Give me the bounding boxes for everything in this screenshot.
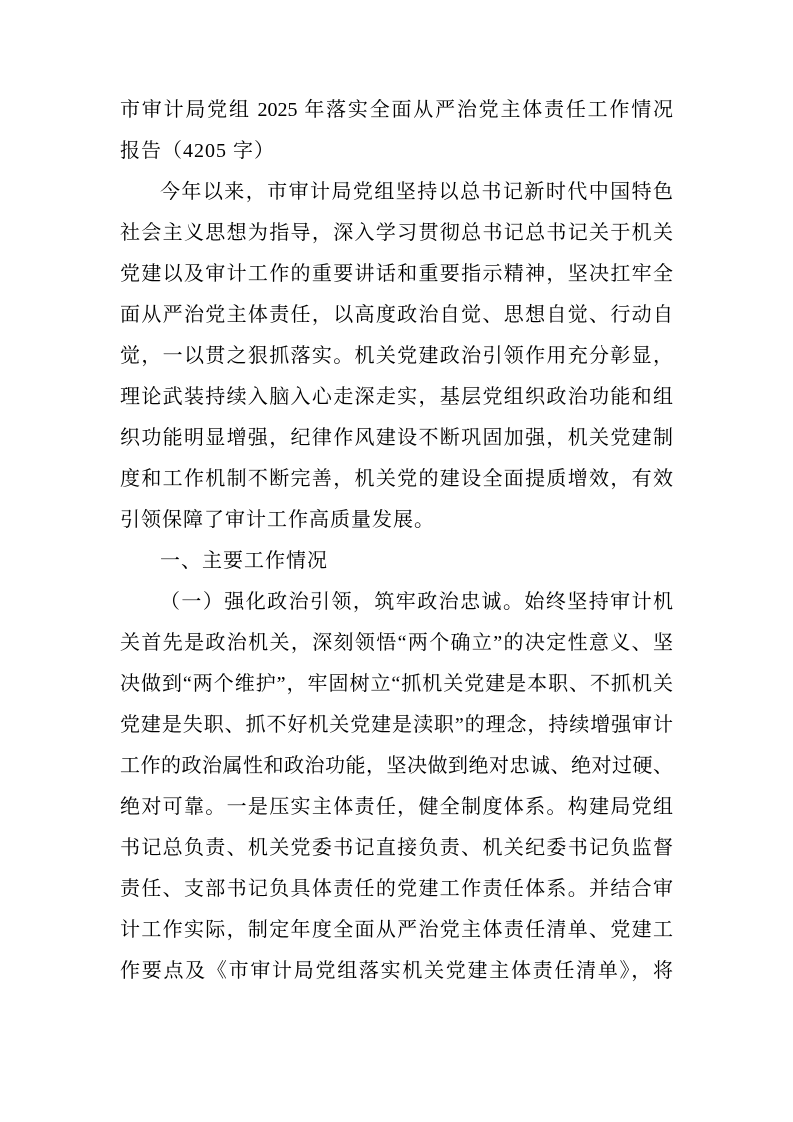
paragraph-line: 工作的政治属性和政治功能，坚决做到绝对忠诚、绝对过硬、 — [120, 746, 673, 787]
paragraph-line: 计工作实际，制定年度全面从严治党主体责任清单、党建工 — [120, 910, 673, 951]
paragraph-line: 责任、支部书记负具体责任的党建工作责任体系。并结合审 — [120, 869, 673, 910]
paragraph-line: （一）强化政治引领，筑牢政治忠诚。始终坚持审计机 — [120, 582, 673, 623]
paragraph-line: 绝对可靠。一是压实主体责任，健全制度体系。构建局党组 — [120, 787, 673, 828]
paragraph-line: 织功能明显增强，纪律作风建设不断巩固加强，机关党建制 — [120, 418, 673, 459]
paragraph-line: 度和工作机制不断完善，机关党的建设全面提质增效，有效 — [120, 459, 673, 500]
document-content: 市审计局党组 2025 年落实全面从严治党主体责任工作情况 报告（4205 字）… — [120, 90, 673, 992]
paragraph-line: 觉，一以贯之狠抓落实。机关党建政治引领作用充分彰显， — [120, 336, 673, 377]
paragraph-line: 今年以来，市审计局党组坚持以总书记新时代中国特色 — [120, 172, 673, 213]
paragraph-line: 引领保障了审计工作高质量发展。 — [120, 500, 673, 541]
title-line: 报告（4205 字） — [120, 131, 673, 172]
section-heading: 一、主要工作情况 — [120, 541, 673, 582]
paragraph-line: 作要点及《市审计局党组落实机关党建主体责任清单》，将 — [120, 951, 673, 992]
section-1-paragraph: （一）强化政治引领，筑牢政治忠诚。始终坚持审计机 关首先是政治机关，深刻领悟“两… — [120, 582, 673, 992]
intro-paragraph: 今年以来，市审计局党组坚持以总书记新时代中国特色 社会主义思想为指导，深入学习贯… — [120, 172, 673, 541]
title-line: 市审计局党组 2025 年落实全面从严治党主体责任工作情况 — [120, 90, 673, 131]
paragraph-line: 社会主义思想为指导，深入学习贯彻总书记总书记关于机关 — [120, 213, 673, 254]
paragraph-line: 面从严治党主体责任，以高度政治自觉、思想自觉、行动自 — [120, 295, 673, 336]
paragraph-line: 党建是失职、抓不好机关党建是渎职”的理念，持续增强审计 — [120, 705, 673, 746]
report-title: 市审计局党组 2025 年落实全面从严治党主体责任工作情况 报告（4205 字） — [120, 90, 673, 172]
document-page: 市审计局党组 2025 年落实全面从严治党主体责任工作情况 报告（4205 字）… — [0, 0, 793, 1122]
paragraph-line: 关首先是政治机关，深刻领悟“两个确立”的决定性意义、坚 — [120, 623, 673, 664]
paragraph-line: 党建以及审计工作的重要讲话和重要指示精神，坚决扛牢全 — [120, 254, 673, 295]
paragraph-line: 书记总负责、机关党委书记直接负责、机关纪委书记负监督 — [120, 828, 673, 869]
paragraph-line: 决做到“两个维护”，牢固树立“抓机关党建是本职、不抓机关 — [120, 664, 673, 705]
paragraph-line: 理论武装持续入脑入心走深走实，基层党组织政治功能和组 — [120, 377, 673, 418]
